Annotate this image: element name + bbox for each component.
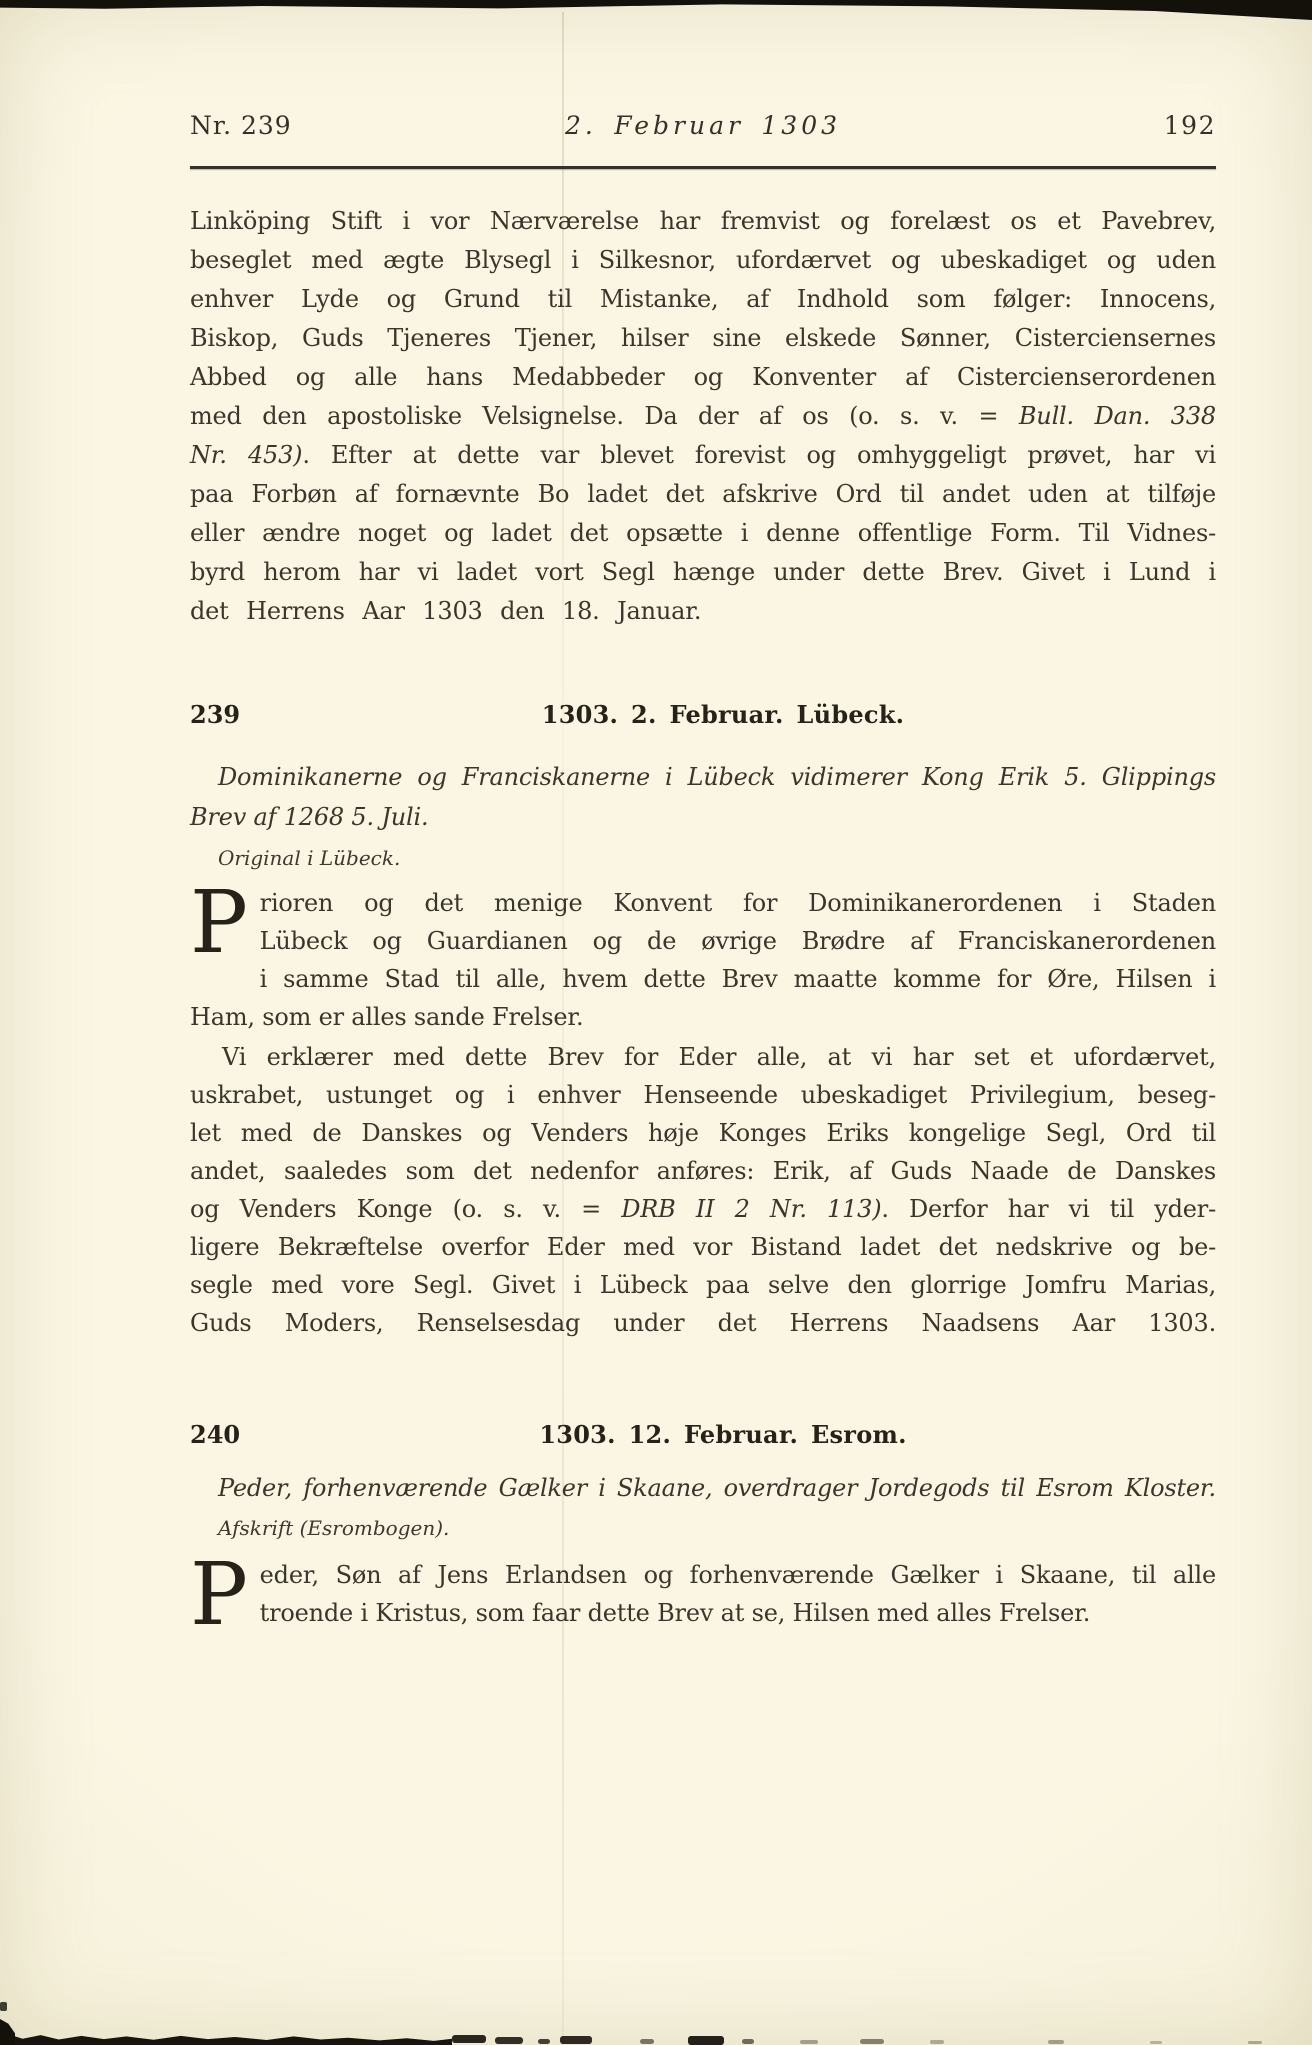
text-line: enhver Lyde og Grund til Mistanke, af In… — [190, 280, 1216, 319]
page-number: 192 — [1164, 111, 1216, 140]
text-line: segle med vore Segl. Givet i Lübeck paa … — [190, 1266, 1216, 1304]
text-line: det Herrens Aar 1303 den 18. Januar. — [190, 592, 1216, 631]
scan-artifact-blot — [495, 2037, 523, 2044]
text-line: med den apostoliske Velsignelse. Da der … — [190, 397, 1216, 436]
text-line: rioren og det menige Konvent for Dominik… — [190, 884, 1216, 922]
text-line: Linköping Stift i vor Nærværelse har fre… — [190, 202, 1216, 241]
entry-239-title: 1303. 2. Februar. Lübeck. — [210, 700, 1236, 729]
scan-artifact-blot — [640, 2039, 654, 2044]
text-line: Vi erklærer med dette Brev for Eder alle… — [190, 1038, 1216, 1076]
scan-artifact-blot — [688, 2036, 724, 2045]
scan-artifact-blot — [1150, 2041, 1162, 2044]
text-line: Abbed og alle hans Medabbeder og Konvent… — [190, 358, 1216, 397]
scan-edge-top — [0, 0, 1312, 20]
text-line: troende i Kristus, som faar dette Brev a… — [190, 1594, 1216, 1632]
text-line: andet, saaledes som det nedenfor anføres… — [190, 1152, 1216, 1190]
scan-artifact-blot — [538, 2039, 550, 2044]
entry-239-paragraph-1: Prioren og det menige Konvent for Domini… — [190, 884, 1216, 1036]
entry-239-regest: Dominikanerne og Franciskanerne i Lübeck… — [190, 757, 1216, 837]
scan-artifact-left-mark — [0, 2002, 7, 2011]
text-line: let med de Danskes og Venders høje Konge… — [190, 1114, 1216, 1152]
entry-240-heading: 240 1303. 12. Februar. Esrom. — [190, 1420, 1216, 1449]
text-line: ligere Bekræftelse overfor Eder med vor … — [190, 1228, 1216, 1266]
text-line: byrd herom har vi ladet vort Segl hænge … — [190, 553, 1216, 592]
entry-240-paragraph-1: Peder, Søn af Jens Erlandsen og forhenvæ… — [190, 1556, 1216, 1634]
text-line: uskrabet, ustunget og i enhver Henseende… — [190, 1076, 1216, 1114]
scan-artifact-blot — [800, 2040, 818, 2044]
entry-239-source: Original i Lübeck. — [218, 846, 400, 870]
header-rule — [190, 166, 1216, 169]
scan-artifact-blot — [1048, 2040, 1064, 2044]
scan-edge-bottom — [0, 2032, 452, 2045]
text-line: Guds Moders, Renselsesdag under det Herr… — [190, 1304, 1216, 1342]
scan-artifact-blot — [560, 2036, 592, 2044]
scan-artifact-blot — [452, 2035, 486, 2043]
text-line: Ham, som er alles sande Frelser. — [190, 998, 1216, 1036]
text-line: Peder, forhenværende Gælker i Skaane, ov… — [190, 1468, 1216, 1508]
text-line: Dominikanerne og Franciskanerne i Lübeck… — [190, 757, 1216, 797]
scan-artifact-blot — [742, 2039, 754, 2044]
text-line: Brev af 1268 5. Juli. — [190, 797, 1216, 837]
scan-artifact-blot — [930, 2040, 944, 2044]
running-header-date: 2. Februar 1303 — [190, 111, 1216, 140]
running-header: Nr. 239 2. Februar 1303 192 — [190, 100, 1216, 144]
text-line: og Venders Konge (o. s. v. = DRB II 2 Nr… — [190, 1190, 1216, 1228]
text-line: Nr. 453). Efter at dette var blevet fore… — [190, 436, 1216, 475]
entry-239-heading: 239 1303. 2. Februar. Lübeck. — [190, 700, 1216, 729]
text-line: eller ændre noget og ladet det opsætte i… — [190, 514, 1216, 553]
text-line: Biskop, Guds Tjeneres Tjener, hilser sin… — [190, 319, 1216, 358]
text-line: beseglet med ægte Blysegl i Silkesnor, u… — [190, 241, 1216, 280]
entry-240-source: Afskrift (Esrombogen). — [218, 1516, 449, 1540]
entry-240-title: 1303. 12. Februar. Esrom. — [210, 1420, 1236, 1449]
text-line: Lübeck og Guardianen og de øvrige Brødre… — [190, 922, 1216, 960]
paragraph-continuation: Linköping Stift i vor Nærværelse har fre… — [190, 202, 1216, 631]
scan-artifact-blot — [860, 2039, 884, 2044]
entry-240-regest: Peder, forhenværende Gælker i Skaane, ov… — [190, 1468, 1216, 1508]
text-line: eder, Søn af Jens Erlandsen og forhenvær… — [190, 1556, 1216, 1594]
text-line: i samme Stad til alle, hvem dette Brev m… — [190, 960, 1216, 998]
book-page: Nr. 239 2. Februar 1303 192 Linköping St… — [0, 0, 1312, 2045]
scan-artifact-blot — [1248, 2041, 1262, 2044]
text-line: paa Forbøn af fornævnte Bo ladet det afs… — [190, 475, 1216, 514]
scan-artifact-corner — [0, 2019, 15, 2045]
entry-239-paragraph-2: Vi erklærer med dette Brev for Eder alle… — [190, 1038, 1216, 1342]
drop-cap: P — [190, 1556, 260, 1634]
drop-cap: P — [190, 884, 260, 962]
